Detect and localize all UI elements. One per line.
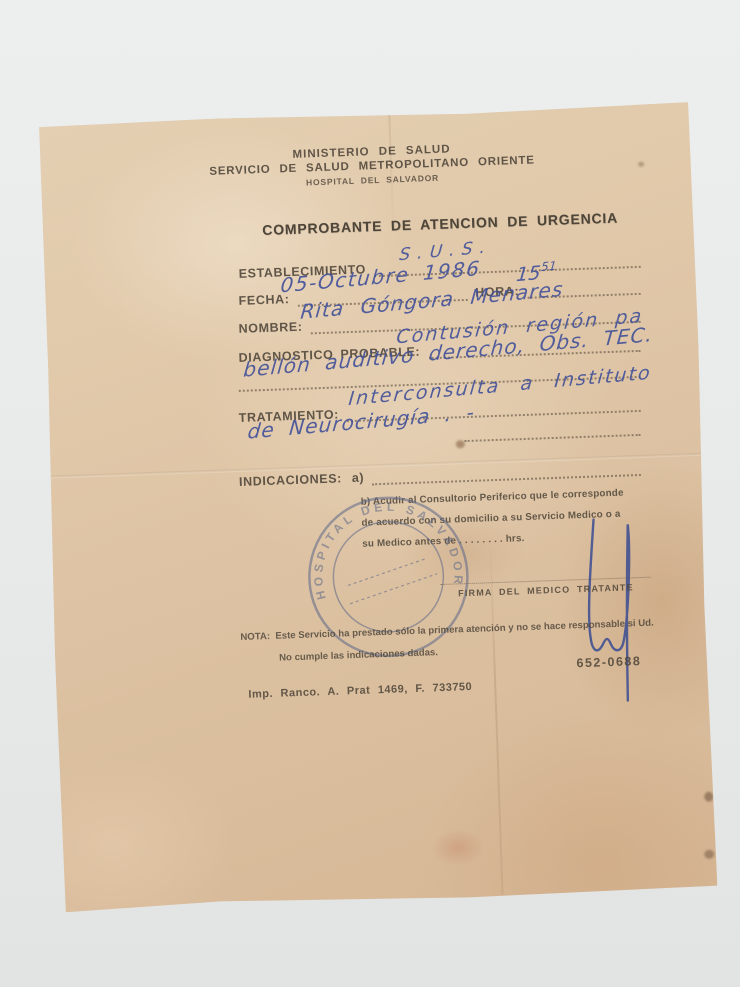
form-number: 652-0688: [576, 654, 641, 670]
hora-minutes-superscript: 51: [541, 259, 558, 274]
field-tratamiento-line2: de Neurocirugía . -: [238, 416, 640, 450]
paper-stain: [431, 828, 484, 868]
photo-scene: MINISTERIO DE SALUD SERVICIO DE SALUD ME…: [0, 0, 740, 987]
printer-imprint: Imp. Ranco. A. Prat 1469, F. 733750: [248, 681, 472, 701]
stamp-dashed-line: [348, 558, 427, 585]
nota-label: NOTA:: [240, 631, 270, 643]
paper-stain: [704, 850, 714, 859]
indicaciones-label: INDICACIONES:: [239, 471, 342, 490]
stamp-dashed-line: [350, 574, 437, 604]
dotted-line: [465, 432, 641, 442]
form-header: MINISTERIO DE SALUD SERVICIO DE SALUD ME…: [45, 135, 700, 197]
doctor-signature: [537, 513, 664, 707]
signature-stroke: [586, 518, 635, 701]
paper-stain: [704, 792, 713, 802]
form-title: COMPROBANTE DE ATENCION DE URGENCIA: [160, 206, 720, 242]
urgency-care-form-paper: MINISTERIO DE SALUD SERVICIO DE SALUD ME…: [36, 102, 717, 912]
indicaciones-item-a: a): [352, 471, 365, 486]
nombre-label: NOMBRE:: [238, 320, 302, 337]
